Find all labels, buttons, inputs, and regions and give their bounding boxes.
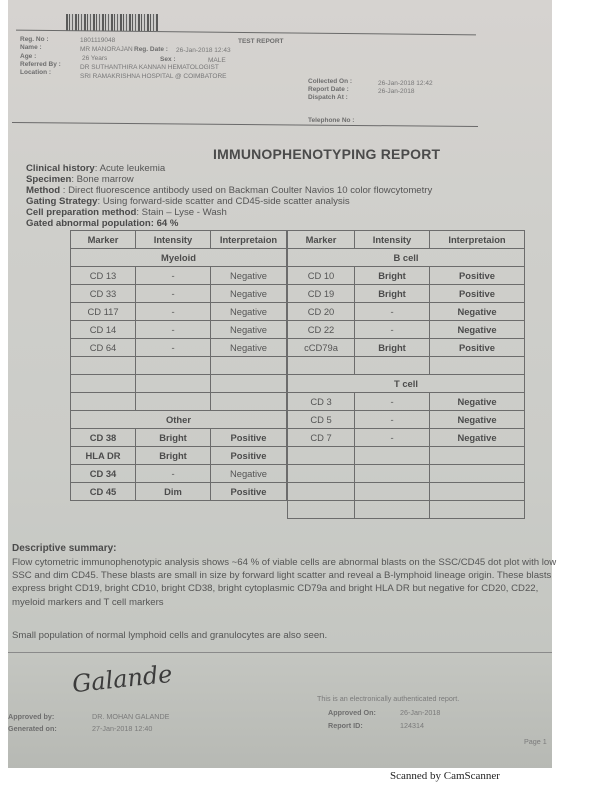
- marker: CD 64: [71, 339, 136, 357]
- interpretation: Positive: [430, 267, 525, 285]
- marker: CD 117: [71, 303, 136, 321]
- table-row: CD 7-Negative: [288, 429, 525, 447]
- interpretation: Negative: [211, 285, 287, 303]
- page-number: Page 1: [524, 737, 547, 746]
- col-intensity: Intensity: [136, 231, 211, 249]
- test-report-label: TEST REPORT: [238, 38, 284, 45]
- table-row: CD 38BrightPositive: [71, 429, 287, 447]
- marker: CD 3: [288, 393, 355, 411]
- intensity: -: [355, 393, 430, 411]
- name-value: MR MANORAJAN: [80, 46, 133, 53]
- approved-on-label: Approved On:: [328, 708, 376, 717]
- footer-rule: [8, 652, 552, 653]
- interpretation: Negative: [430, 411, 525, 429]
- interpretation: Positive: [430, 339, 525, 357]
- auth-note: This is an electronically authenticated …: [317, 694, 459, 703]
- table-row: CD 33-Negative: [71, 285, 287, 303]
- approved-on-value: 26-Jan-2018: [400, 708, 440, 717]
- reg-no-label: Reg. No :: [20, 36, 49, 43]
- marker: CD 14: [71, 321, 136, 339]
- col-marker: Marker: [71, 231, 136, 249]
- age-label: Age :: [20, 53, 36, 60]
- clinical-history: Clinical history: Acute leukemia: [26, 163, 165, 174]
- intensity: Bright: [355, 285, 430, 303]
- empty-row: [288, 501, 525, 519]
- table-row: CD 45DimPositive: [71, 483, 287, 501]
- report-date-value: 26-Jan-2018: [378, 88, 415, 95]
- table-row: CD 34-Negative: [71, 465, 287, 483]
- intensity: -: [136, 267, 211, 285]
- header-bottom-rule: [12, 122, 478, 127]
- intensity: Dim: [136, 483, 211, 501]
- interpretation: Negative: [430, 429, 525, 447]
- intensity: Bright: [355, 267, 430, 285]
- marker: CD 22: [288, 321, 355, 339]
- table-header-row: Marker Intensity Interpretaion: [288, 231, 525, 249]
- table-row: CD 19BrightPositive: [288, 285, 525, 303]
- interpretation: Negative: [430, 303, 525, 321]
- age-value: 26 Years: [82, 55, 107, 62]
- interpretation: Negative: [211, 267, 287, 285]
- empty-row: [288, 357, 525, 375]
- marker: HLA DR: [71, 447, 136, 465]
- report-id-value: 124314: [400, 721, 424, 730]
- interpretation: Positive: [430, 285, 525, 303]
- name-label: Name :: [20, 44, 42, 51]
- header-top-rule: [16, 30, 476, 36]
- collected-on-value: 26-Jan-2018 12:42: [378, 80, 433, 87]
- empty-row: [71, 393, 287, 411]
- intensity: -: [355, 303, 430, 321]
- generated-on-label: Generated on:: [8, 724, 57, 733]
- marker: CD 34: [71, 465, 136, 483]
- approved-by-label: Approved by:: [8, 712, 54, 721]
- interpretation: Negative: [211, 339, 287, 357]
- interpretation: Negative: [430, 321, 525, 339]
- marker: CD 45: [71, 483, 136, 501]
- interpretation: Positive: [211, 429, 287, 447]
- sex-label: Sex :: [160, 56, 176, 63]
- marker: CD 10: [288, 267, 355, 285]
- location-value: SRI RAMAKRISHNA HOSPITAL @ COIMBATORE: [80, 73, 227, 80]
- intensity: -: [136, 303, 211, 321]
- col-interpretation: Interpretaion: [211, 231, 287, 249]
- intensity: -: [355, 429, 430, 447]
- table-row: CD 14-Negative: [71, 321, 287, 339]
- right-marker-table: Marker Intensity Interpretaion B cell CD…: [287, 230, 525, 519]
- camscanner-watermark: Scanned by CamScanner: [390, 770, 500, 782]
- report-id-label: Report ID:: [328, 721, 363, 730]
- marker: cCD79a: [288, 339, 355, 357]
- intensity: -: [136, 465, 211, 483]
- marker: CD 19: [288, 285, 355, 303]
- table-row: cCD79aBrightPositive: [288, 339, 525, 357]
- col-intensity: Intensity: [355, 231, 430, 249]
- table-row: CD 22-Negative: [288, 321, 525, 339]
- table-row: HLA DRBrightPositive: [71, 447, 287, 465]
- intensity: Bright: [355, 339, 430, 357]
- collected-on-label: Collected On :: [308, 78, 352, 85]
- interpretation: Negative: [211, 303, 287, 321]
- reg-date-value: 26-Jan-2018 12:43: [176, 47, 231, 54]
- gated-population: Gated abnormal population: 64 %: [26, 218, 178, 229]
- cell-preparation-method: Cell preparation method: Stain – Lyse - …: [26, 207, 227, 218]
- location-label: Location :: [20, 69, 51, 76]
- referred-by-value: DR SUTHANTHIRA KANNAN HEMATOLOGIST: [80, 64, 219, 71]
- col-interpretation: Interpretaion: [430, 231, 525, 249]
- left-marker-table: Marker Intensity Interpretaion Myeloid C…: [70, 230, 287, 501]
- intensity: -: [136, 285, 211, 303]
- summary-note: Small population of normal lymphoid cell…: [12, 630, 327, 641]
- marker: CD 33: [71, 285, 136, 303]
- section-other: Other: [71, 411, 287, 429]
- table-row: CD 10BrightPositive: [288, 267, 525, 285]
- intensity: -: [355, 411, 430, 429]
- table-row: CD 117-Negative: [71, 303, 287, 321]
- interpretation: Negative: [211, 465, 287, 483]
- interpretation: Positive: [211, 447, 287, 465]
- report-date-label: Report Date :: [308, 86, 349, 93]
- reg-no-value: 1801119048: [80, 37, 115, 44]
- reg-date-label: Reg. Date :: [134, 46, 168, 53]
- method: Method : Direct fluorescence antibody us…: [26, 185, 432, 196]
- table-row: CD 13-Negative: [71, 267, 287, 285]
- intensity: -: [136, 339, 211, 357]
- gating-strategy: Gating Strategy: Using forward-side scat…: [26, 196, 350, 207]
- empty-row: [288, 465, 525, 483]
- telephone-label: Telephone No :: [308, 117, 354, 124]
- section-b-cell: B cell: [288, 249, 525, 267]
- signature: Galande: [71, 660, 174, 698]
- approved-by-value: DR. MOHAN GALANDE: [92, 712, 169, 721]
- empty-row: [71, 375, 287, 393]
- marker: CD 13: [71, 267, 136, 285]
- table-row: CD 20-Negative: [288, 303, 525, 321]
- barcode: [66, 14, 158, 31]
- table-row: CD 3-Negative: [288, 393, 525, 411]
- marker: CD 38: [71, 429, 136, 447]
- empty-row: [288, 483, 525, 501]
- generated-on-value: 27-Jan-2018 12:40: [92, 724, 152, 733]
- intensity: -: [136, 321, 211, 339]
- empty-row: [288, 447, 525, 465]
- marker: CD 20: [288, 303, 355, 321]
- section-t-cell: T cell: [288, 375, 525, 393]
- table-row: CD 64-Negative: [71, 339, 287, 357]
- marker: CD 5: [288, 411, 355, 429]
- scanned-page: Reg. No : 1801119048 TEST REPORT Name : …: [8, 0, 552, 768]
- sex-value: MALE: [208, 57, 226, 64]
- dispatch-at-label: Dispatch At :: [308, 94, 348, 101]
- summary-text: Flow cytometric immunophenotypic analysi…: [12, 556, 560, 609]
- section-myeloid: Myeloid: [71, 249, 287, 267]
- interpretation: Negative: [430, 393, 525, 411]
- referred-by-label: Referred By :: [20, 61, 61, 68]
- interpretation: Negative: [211, 321, 287, 339]
- table-row: CD 5-Negative: [288, 411, 525, 429]
- intensity: Bright: [136, 447, 211, 465]
- summary-heading: Descriptive summary:: [12, 543, 117, 554]
- intensity: -: [355, 321, 430, 339]
- table-header-row: Marker Intensity Interpretaion: [71, 231, 287, 249]
- report-title: IMMUNOPHENOTYPING REPORT: [213, 146, 440, 162]
- specimen: Specimen: Bone marrow: [26, 174, 134, 185]
- intensity: Bright: [136, 429, 211, 447]
- empty-row: [71, 357, 287, 375]
- marker: CD 7: [288, 429, 355, 447]
- col-marker: Marker: [288, 231, 355, 249]
- interpretation: Positive: [211, 483, 287, 501]
